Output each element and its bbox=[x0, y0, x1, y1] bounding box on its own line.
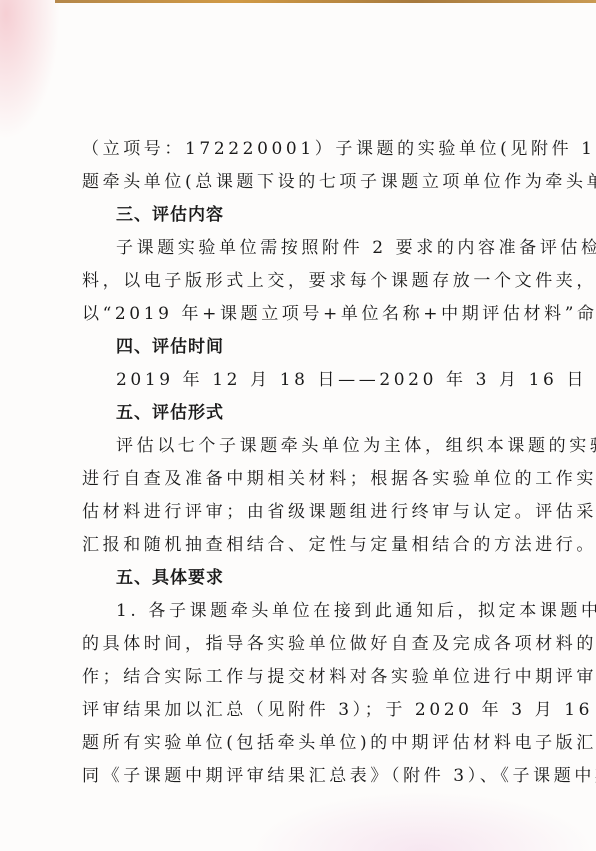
scan-top-edge bbox=[55, 0, 596, 3]
paragraph-line: 估材料进行评审；由省级课题组进行终审与认定。评估采取集中 bbox=[82, 496, 532, 529]
section-heading-form: 五、评估形式 bbox=[82, 397, 532, 430]
paragraph-line: 的具体时间，指导各实验单位做好自查及完成各项材料的填报工 bbox=[82, 628, 532, 661]
paragraph-line: 以“2019 年+课题立项号+单位名称+中期评估材料”命名。 bbox=[82, 298, 532, 331]
paragraph-line: 评估以七个子课题牵头单位为主体，组织本课题的实验单位 bbox=[82, 430, 532, 463]
paragraph-line: 同《子课题中期评审结果汇总表》（附件 3）、《子课题中期评 bbox=[82, 760, 532, 793]
section-heading-time: 四、评估时间 bbox=[82, 331, 532, 364]
date-range-line: 2019 年 12 月 18 日——2020 年 3 月 16 日 bbox=[82, 364, 532, 397]
paragraph-line: 题所有实验单位(包括牵头单位)的中期评估材料电子版汇总后， bbox=[82, 727, 532, 760]
document-page: （立项号：172220001）子课题的实验单位(见附件 1)，包括子课 题牵头单… bbox=[82, 133, 532, 793]
paragraph-line: 1. 各子课题牵头单位在接到此通知后，拟定本课题中期评估 bbox=[82, 595, 532, 628]
paragraph-line: 进行自查及准备中期相关材料；根据各实验单位的工作实际、评 bbox=[82, 463, 532, 496]
scan-tint-bottom bbox=[250, 791, 596, 851]
paragraph-line: 评审结果加以汇总（见附件 3）；于 2020 年 3 月 16 日前将本课 bbox=[82, 694, 532, 727]
paragraph-line: 题牵头单位(总课题下设的七项子课题立项单位作为牵头单位)。 bbox=[82, 166, 532, 199]
paragraph-line: 作；结合实际工作与提交材料对各实验单位进行中期评审，并将 bbox=[82, 661, 532, 694]
section-heading-content: 三、评估内容 bbox=[82, 199, 532, 232]
paragraph-line: 子课题实验单位需按照附件 2 要求的内容准备评估检查材 bbox=[82, 232, 532, 265]
scan-tint-top-left bbox=[0, 0, 60, 140]
paragraph-line: 汇报和随机抽查相结合、定性与定量相结合的方法进行。 bbox=[82, 529, 532, 562]
section-heading-requirements: 五、具体要求 bbox=[82, 562, 532, 595]
paragraph-line: （立项号：172220001）子课题的实验单位(见附件 1)，包括子课 bbox=[82, 133, 532, 166]
paragraph-line: 料，以电子版形式上交，要求每个课题存放一个文件夹，文件夹 bbox=[82, 265, 532, 298]
